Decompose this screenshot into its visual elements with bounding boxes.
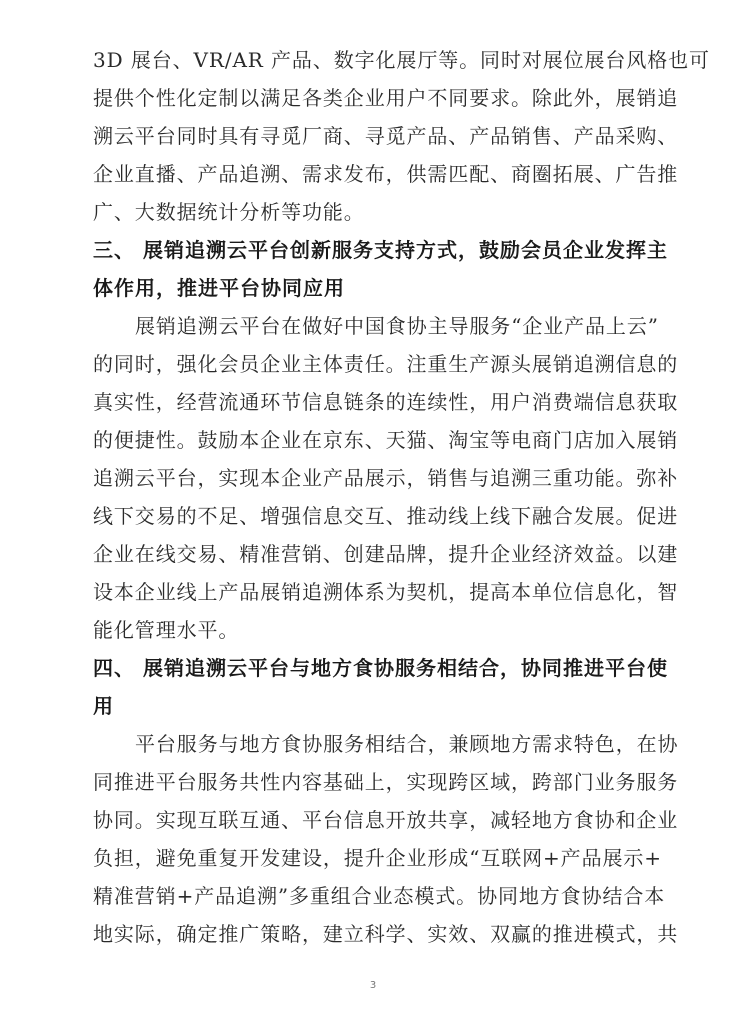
section-heading-line: 体作用，推进平台协同应用 xyxy=(93,273,661,303)
paragraph-line: 地实际，确定推广策略，建立科学、实效、双赢的推进模式，共 xyxy=(93,919,661,949)
paragraph-line: 展销追溯云平台在做好中国食协主导服务“企业产品上云” xyxy=(135,311,661,341)
paragraph-line: 负担，避免重复开发建设，提升企业形成“互联网+产品展示+ xyxy=(93,843,661,873)
document-page: 3D 展台、VR/AR 产品、数字化展厅等。同时对展位展台风格也可提供个性化定制… xyxy=(0,0,746,1024)
paragraph-line: 企业在线交易、精准营销、创建品牌，提升企业经济效益。以建 xyxy=(93,539,661,569)
paragraph-line: 同推进平台服务共性内容基础上，实现跨区域，跨部门业务服务 xyxy=(93,767,661,797)
section-heading-line: 四、 展销追溯云平台与地方食协服务相结合，协同推进平台使 xyxy=(93,653,661,683)
page-number: 3 xyxy=(0,980,746,991)
paragraph-line: 企业直播、产品追溯、需求发布，供需匹配、商圈拓展、广告推 xyxy=(93,159,661,189)
paragraph-line: 协同。实现互联互通、平台信息开放共享，减轻地方食协和企业 xyxy=(93,805,661,835)
section-heading-line: 用 xyxy=(93,691,661,721)
paragraph-line: 3D 展台、VR/AR 产品、数字化展厅等。同时对展位展台风格也可 xyxy=(93,45,661,75)
paragraph-line: 的同时，强化会员企业主体责任。注重生产源头展销追溯信息的 xyxy=(93,349,661,379)
paragraph-line: 真实性，经营流通环节信息链条的连续性，用户消费端信息获取 xyxy=(93,387,661,417)
paragraph-line: 平台服务与地方食协服务相结合，兼顾地方需求特色，在协 xyxy=(135,729,661,759)
paragraph-line: 追溯云平台，实现本企业产品展示，销售与追溯三重功能。弥补 xyxy=(93,463,661,493)
paragraph-line: 广、大数据统计分析等功能。 xyxy=(93,197,661,227)
paragraph-line: 设本企业线上产品展销追溯体系为契机，提高本单位信息化，智 xyxy=(93,577,661,607)
paragraph-line: 线下交易的不足、增强信息交互、推动线上线下融合发展。促进 xyxy=(93,501,661,531)
paragraph-line: 能化管理水平。 xyxy=(93,615,661,645)
section-heading-line: 三、 展销追溯云平台创新服务支持方式，鼓励会员企业发挥主 xyxy=(93,235,661,265)
paragraph-line: 溯云平台同时具有寻觅厂商、寻觅产品、产品销售、产品采购、 xyxy=(93,121,661,151)
paragraph-line: 提供个性化定制以满足各类企业用户不同要求。除此外，展销追 xyxy=(93,83,661,113)
paragraph-line: 的便捷性。鼓励本企业在京东、天猫、淘宝等电商门店加入展销 xyxy=(93,425,661,455)
paragraph-line: 精准营销+产品追溯”多重组合业态模式。协同地方食协结合本 xyxy=(93,881,661,911)
